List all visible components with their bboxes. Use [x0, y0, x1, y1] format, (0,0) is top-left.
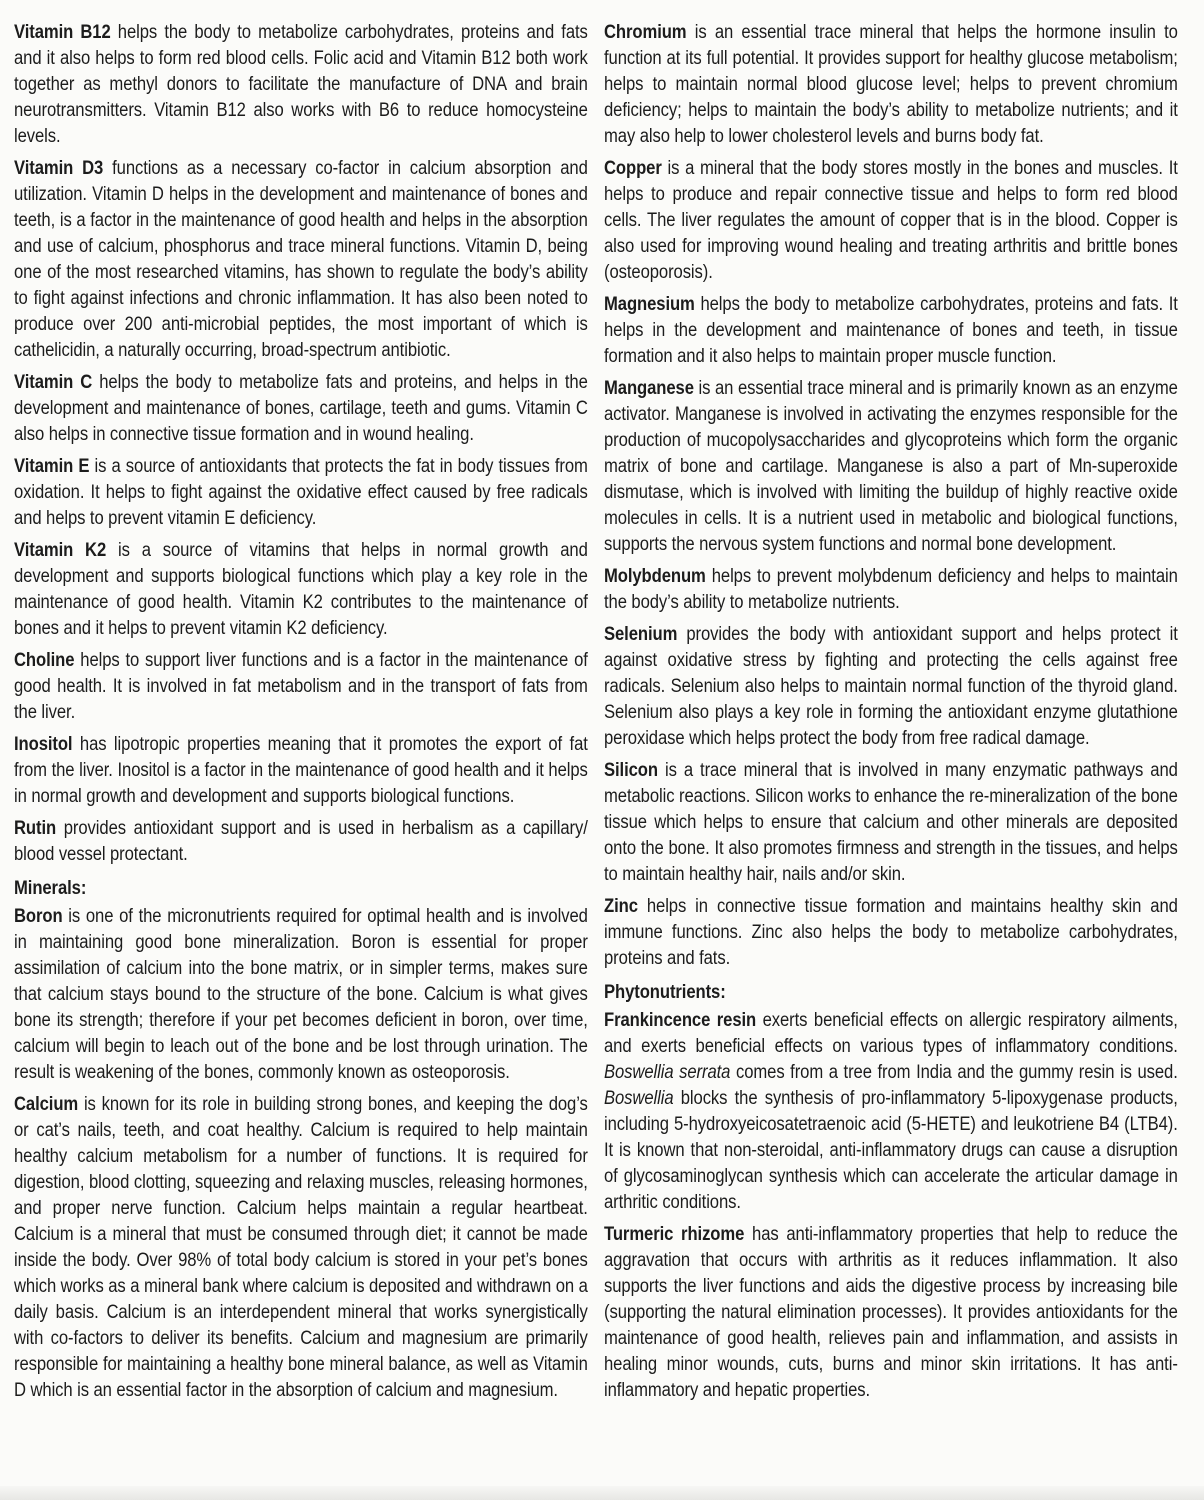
paragraph: Chromium is an essential trace mineral t… — [604, 20, 1178, 150]
body-text: helps in connective tissue formation and… — [604, 896, 1178, 969]
supplement-info-sheet: Vitamin B12 helps the body to metabolize… — [0, 0, 1204, 1410]
ingredient-name: Inositol — [14, 734, 72, 755]
body-text: provides the body with antioxidant suppo… — [604, 624, 1178, 749]
paragraph: Manganese is an essential trace mineral … — [604, 376, 1178, 558]
body-text: is a trace mineral that is involved in m… — [604, 760, 1178, 885]
body-text: comes from a tree from India and the gum… — [730, 1062, 1177, 1083]
body-text: has lipotropic properties meaning that i… — [14, 734, 588, 807]
paragraph: Molybdenum helps to prevent molybdenum d… — [604, 564, 1178, 616]
ingredient-name: Boron — [14, 906, 63, 927]
ingredient-name: Vitamin D3 — [14, 158, 103, 179]
body-text: is known for its role in building strong… — [14, 1094, 588, 1401]
body-text: is an essential trace mineral that helps… — [604, 22, 1178, 147]
ingredient-name: Choline — [14, 650, 74, 671]
body-text: is an essential trace mineral and is pri… — [604, 378, 1178, 555]
ingredient-name: Vitamin K2 — [14, 540, 106, 561]
paragraph: Silicon is a trace mineral that is invol… — [604, 758, 1178, 888]
botanical-name: Boswellia serrata — [604, 1062, 730, 1083]
paragraph: Selenium provides the body with antioxid… — [604, 622, 1178, 752]
ingredient-name: Manganese — [604, 378, 694, 399]
body-text: helps the body to metabolize fats and pr… — [14, 372, 588, 445]
body-text: provides antioxidant support and is used… — [14, 818, 588, 865]
paragraph: Vitamin B12 helps the body to metabolize… — [14, 20, 588, 150]
ingredient-name: Frankincence resin — [604, 1010, 756, 1031]
body-text: blocks the synthesis of pro-inflammatory… — [604, 1088, 1178, 1213]
paragraph: Calcium is known for its role in buildin… — [14, 1092, 588, 1404]
ingredient-name: Chromium — [604, 22, 687, 43]
ingredient-name: Vitamin E — [14, 456, 89, 477]
ingredient-name: Selenium — [604, 624, 677, 645]
body-text: is one of the micronutrients required fo… — [14, 906, 588, 1083]
paragraph: Rutin provides antioxidant support and i… — [14, 816, 588, 868]
body-text: has anti-inflammatory properties that he… — [604, 1224, 1178, 1401]
paragraph: Zinc helps in connective tissue formatio… — [604, 894, 1178, 972]
right-column-text: Chromium is an essential trace mineral t… — [604, 20, 1178, 1404]
body-text: functions as a necessary co-factor in ca… — [14, 158, 588, 361]
paragraph: Frankincence resin exerts beneficial eff… — [604, 1008, 1178, 1216]
paragraph: Turmeric rhizome has anti-inflammatory p… — [604, 1222, 1178, 1404]
ingredient-name: Vitamin C — [14, 372, 92, 393]
paragraph: Inositol has lipotropic properties meani… — [14, 732, 588, 810]
scan-edge-strip — [0, 1486, 1204, 1500]
ingredient-name: Molybdenum — [604, 566, 706, 587]
left-column: Vitamin B12 helps the body to metabolize… — [14, 20, 588, 1410]
paragraph: Vitamin C helps the body to metabolize f… — [14, 370, 588, 448]
ingredient-name: Turmeric rhizome — [604, 1224, 744, 1245]
section-heading: Minerals: — [14, 876, 588, 902]
paragraph: Copper is a mineral that the body stores… — [604, 156, 1178, 286]
ingredient-name: Magnesium — [604, 294, 695, 315]
body-text: is a mineral that the body stores mostly… — [604, 158, 1178, 283]
ingredient-name: Calcium — [14, 1094, 78, 1115]
botanical-name: Boswellia — [604, 1088, 674, 1109]
ingredient-name: Rutin — [14, 818, 56, 839]
body-text: helps to support liver functions and is … — [14, 650, 588, 723]
section-heading: Phytonutrients: — [604, 980, 1178, 1006]
ingredient-name: Zinc — [604, 896, 638, 917]
ingredient-name: Copper — [604, 158, 662, 179]
ingredient-name: Vitamin B12 — [14, 22, 111, 43]
paragraph: Choline helps to support liver functions… — [14, 648, 588, 726]
paragraph: Magnesium helps the body to metabolize c… — [604, 292, 1178, 370]
body-text: is a source of antioxidants that protect… — [14, 456, 588, 529]
ingredient-name: Silicon — [604, 760, 658, 781]
paragraph: Vitamin E is a source of antioxidants th… — [14, 454, 588, 532]
left-column-text: Vitamin B12 helps the body to metabolize… — [14, 20, 588, 1404]
paragraph: Vitamin K2 is a source of vitamins that … — [14, 538, 588, 642]
paragraph: Boron is one of the micronutrients requi… — [14, 904, 588, 1086]
paragraph: Vitamin D3 functions as a necessary co-f… — [14, 156, 588, 364]
right-column: Chromium is an essential trace mineral t… — [604, 20, 1178, 1410]
